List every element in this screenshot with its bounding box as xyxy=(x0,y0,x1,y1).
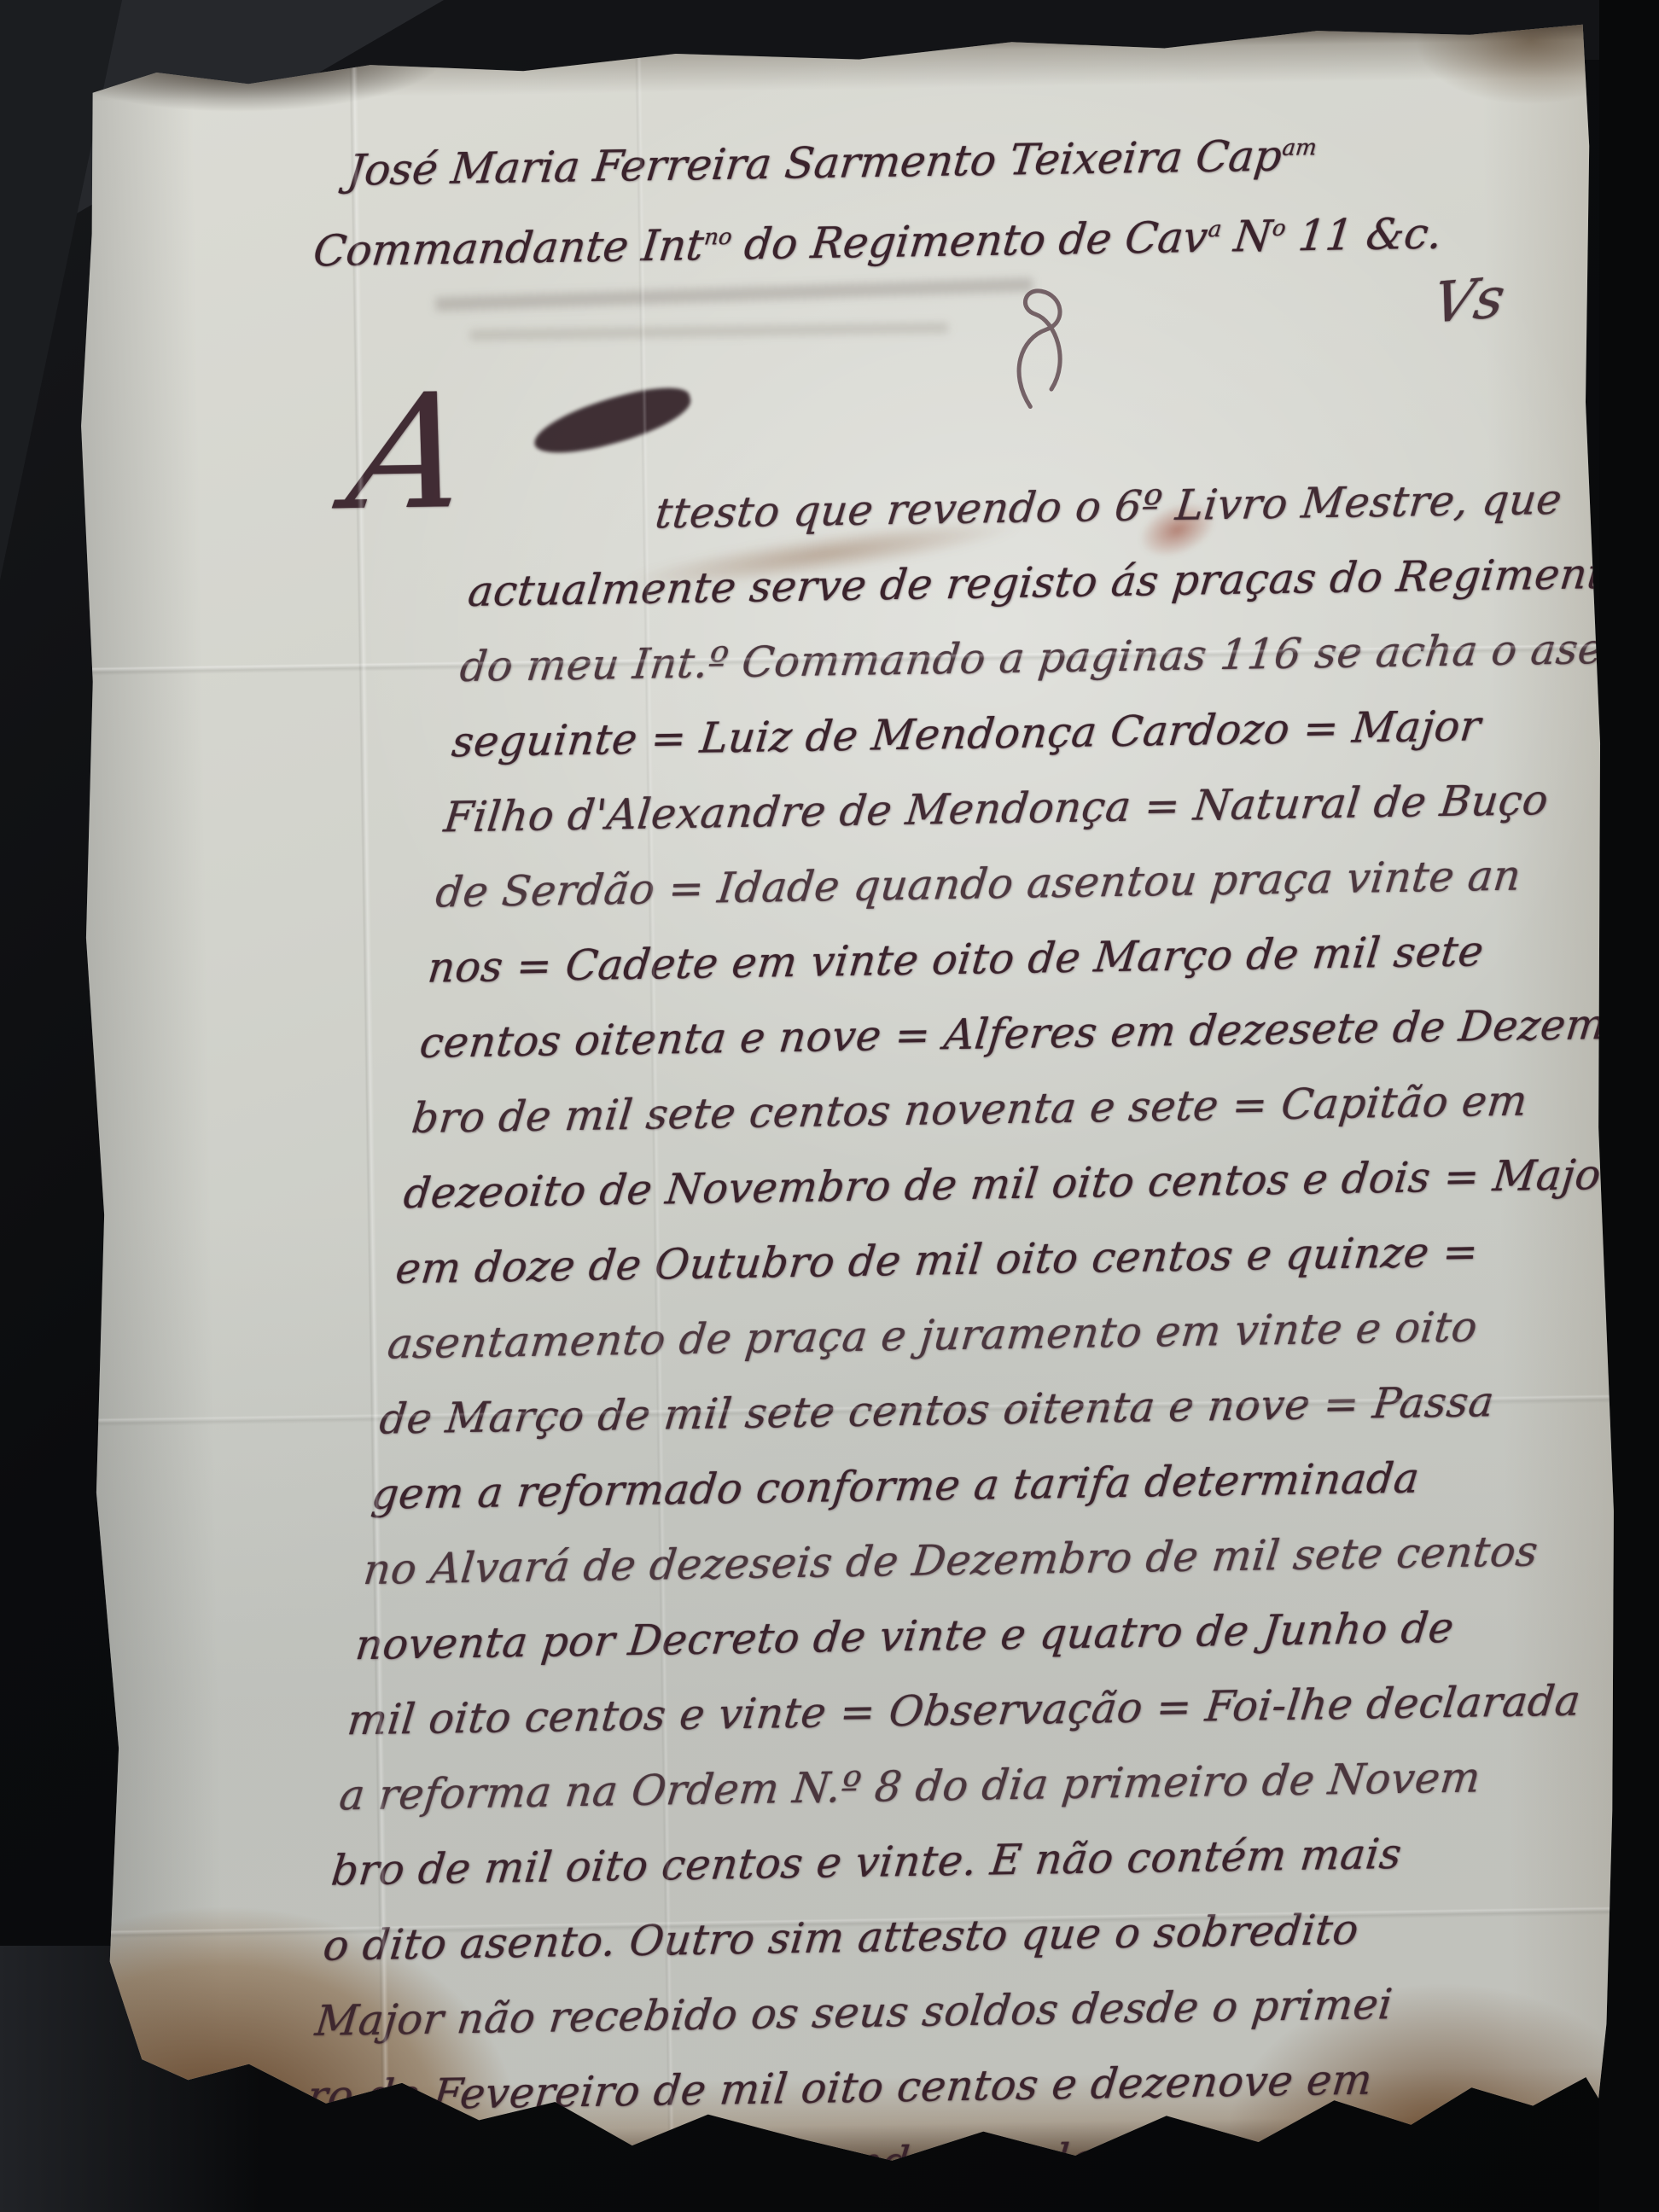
closing-paraph: Vs xyxy=(1429,265,1510,336)
ink-blot xyxy=(528,379,696,463)
body-line: diante porque … ter a …ando as relaçoẽs … xyxy=(295,2115,1536,2209)
photograph: José Maria Ferreira Sarmento Teixeira Ca… xyxy=(0,0,1659,2212)
ink-bleed-through xyxy=(435,277,1033,311)
addressee-title: Commandante Int xyxy=(311,220,706,276)
manuscript-page: José Maria Ferreira Sarmento Teixeira Ca… xyxy=(64,18,1625,2175)
ink-bleed-through xyxy=(470,323,948,341)
addressee-name: José Maria Ferreira Sarmento Teixeira Ca… xyxy=(345,131,1284,195)
abbreviation-superscript: am xyxy=(1281,135,1318,161)
attestation-body: ttesto que revendo o 6º Livro Mestre, qu… xyxy=(295,460,1659,2209)
abbreviation-superscript: no xyxy=(703,224,734,251)
pen-flourish-icon xyxy=(1003,278,1082,416)
header-line: Commandante Intno do Regimento de Cava N… xyxy=(310,186,1447,284)
illuminated-initial: A xyxy=(340,373,479,533)
address-header: José Maria Ferreira Sarmento Teixeira Ca… xyxy=(335,106,1455,284)
